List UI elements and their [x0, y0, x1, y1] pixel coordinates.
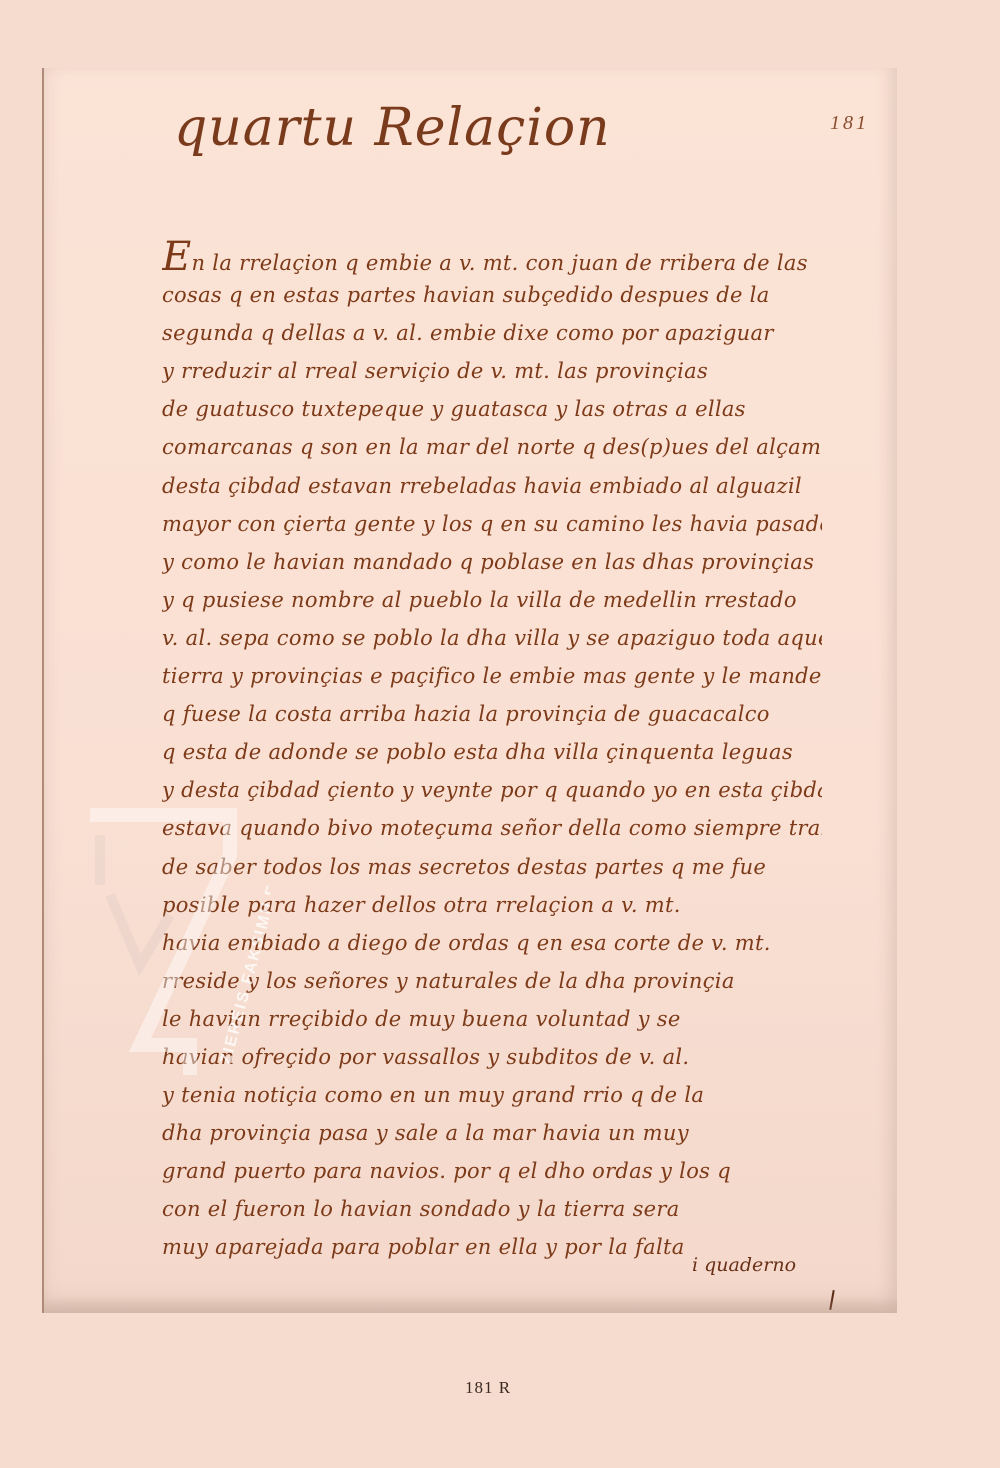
manuscript-leaf: quartu Relaçion 181 En la rrelaçion q em… — [42, 68, 897, 1313]
manuscript-line: rreside y los señores y naturales de la … — [162, 962, 822, 1000]
manuscript-line: con el fueron lo havian sondado y la tie… — [162, 1190, 822, 1228]
manuscript-line: de saber todos los mas secretos destas p… — [162, 848, 822, 886]
manuscript-line: de guatusco tuxtepeque y guatasca y las … — [162, 390, 822, 428]
manuscript-line: grand puerto para navios. por q el dho o… — [162, 1152, 822, 1190]
folio-number: 181 — [830, 112, 869, 135]
manuscript-line: dha provinçia pasa y sale a la mar havia… — [162, 1114, 822, 1152]
paper-edge — [44, 1297, 897, 1313]
manuscript-line: y rreduzir al rreal serviçio de v. mt. l… — [162, 352, 822, 390]
manuscript-line: cosas q en estas partes havian subçedido… — [162, 276, 822, 314]
manuscript-line: estava quando bivo moteçuma señor della … — [162, 809, 822, 847]
manuscript-line: havia embiado a diego de ordas q en esa … — [162, 924, 822, 962]
manuscript-line: y como le havian mandado q poblase en la… — [162, 543, 822, 581]
manuscript-line: le havian rreçibido de muy buena volunta… — [162, 1000, 822, 1038]
manuscript-line: v. al. sepa como se poblo la dha villa y… — [162, 619, 822, 657]
manuscript-line: y q pusiese nombre al pueblo la villa de… — [162, 581, 822, 619]
manuscript-line: comarcanas q son en la mar del norte q d… — [162, 428, 822, 466]
manuscript-line: posible para hazer dellos otra rrelaçion… — [162, 886, 822, 924]
manuscript-body: En la rrelaçion q embie a v. mt. con jua… — [162, 238, 822, 1267]
manuscript-line: En la rrelaçion q embie a v. mt. con jua… — [162, 238, 822, 276]
manuscript-line: havian ofreçido por vassallos y subditos… — [162, 1038, 822, 1076]
catchword: i quaderno — [692, 1254, 796, 1276]
manuscript-line: tierra y provinçias e paçifico le embie … — [162, 657, 822, 695]
manuscript-heading: quartu Relaçion — [174, 98, 611, 158]
manuscript-line: q fuese la costa arriba hazia la provinç… — [162, 695, 822, 733]
manuscript-line: y desta çibdad çiento y veynte por q qua… — [162, 771, 822, 809]
caption-text: 181 R — [465, 1378, 511, 1397]
manuscript-line: y tenia notiçia como en un muy grand rri… — [162, 1076, 822, 1114]
manuscript-line: segunda q dellas a v. al. embie dixe com… — [162, 314, 822, 352]
manuscript-line: mayor con çierta gente y los q en su cam… — [162, 505, 822, 543]
manuscript-line: q esta de adonde se poblo esta dha villa… — [162, 733, 822, 771]
manuscript-line: desta çibdad estavan rrebeladas havia em… — [162, 467, 822, 505]
page-caption: 181 R — [0, 1378, 1000, 1398]
